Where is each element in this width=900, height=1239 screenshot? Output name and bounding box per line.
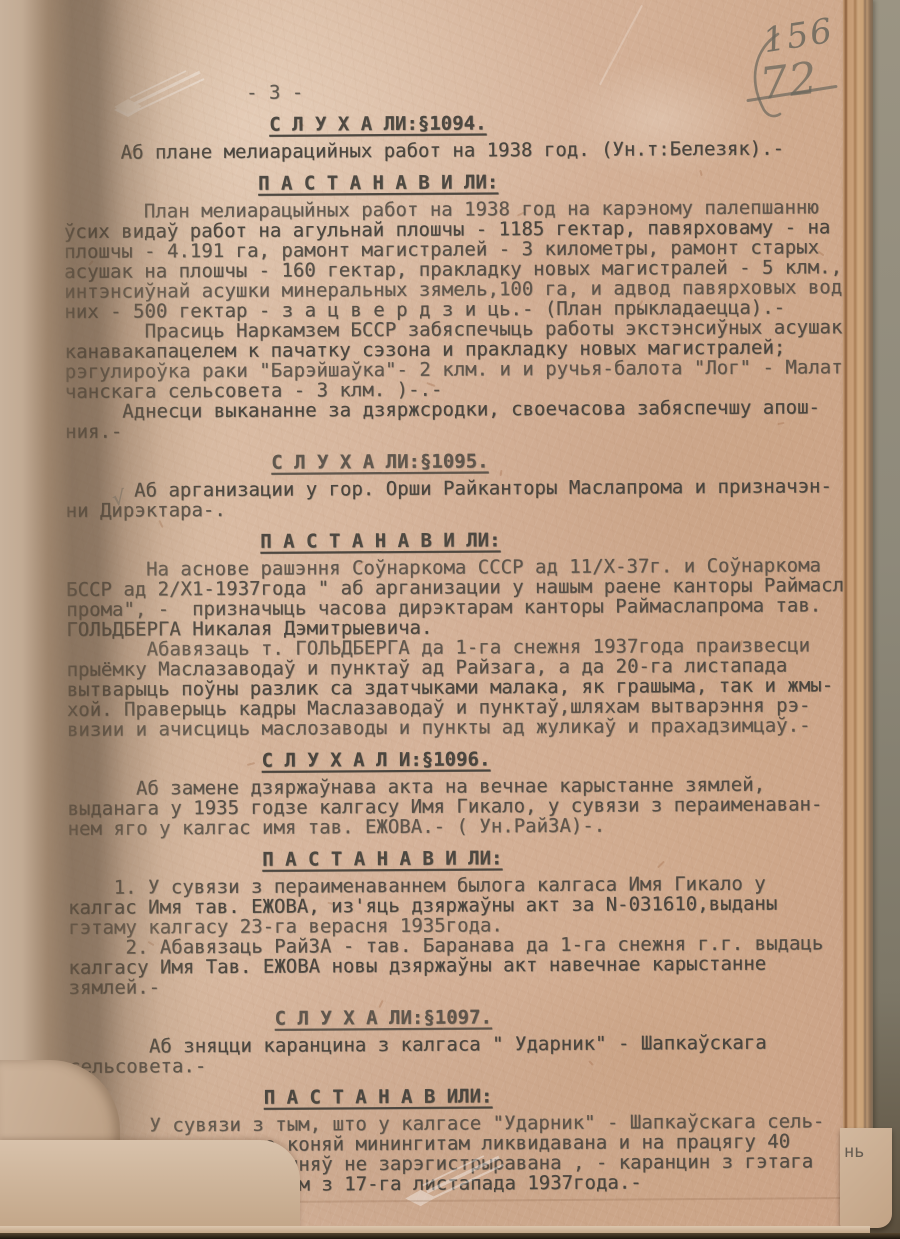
typed-line: - 3 - — [63, 79, 845, 104]
typed-line: визии и ачисциць маслозаводы и пункты ад… — [67, 715, 845, 740]
paper-crease — [0, 1197, 845, 1205]
document-page: - 3 - С Л У Х А ЛИ:§1094. Аб плане мелиа… — [0, 0, 845, 1230]
section-header: С Л У Х А Л И:§1096. — [67, 747, 845, 772]
section-header: П А С Т А Н А В И ЛИ: — [64, 170, 845, 195]
paper-crease — [599, 5, 643, 85]
pencil-flourish-stroke — [744, 28, 804, 123]
typed-text-block: - 3 - С Л У Х А ЛИ:§1094. Аб плане мелиа… — [63, 79, 845, 1196]
section-header: П А С Т А Н А В И ЛИ: — [68, 846, 845, 871]
section-header: П А С Т А Н А В ИЛИ: — [69, 1084, 845, 1109]
section-header: С Л У Х А ЛИ:§1094. — [63, 111, 845, 136]
underlying-page-fragment: нь — [840, 1128, 892, 1228]
scanned-archival-document: { "document": { "language": "Belarusian"… — [0, 0, 900, 1239]
table-shadow-band — [0, 1233, 900, 1239]
page-stack-edges — [843, 0, 873, 1226]
underlying-typed-fragment: нь — [844, 1142, 864, 1162]
section-header: С Л У Х А ЛИ:§1095. — [65, 449, 845, 474]
section-header: С Л У Х А ЛИ:§1097. — [69, 1005, 845, 1030]
typed-line: Аб плане мелиарацийных работ на 1938 год… — [63, 138, 845, 163]
typed-line: зямлей.- — [68, 973, 845, 998]
typed-line: ния.- — [65, 417, 845, 442]
typed-line: нем яго у калгас имя тав. ЕЖОВА.- ( Ун.Р… — [67, 814, 845, 839]
typed-line: сельсовета.- — [69, 1052, 845, 1077]
typed-line: калгаса личыць знятым з 17-га листапада … — [70, 1171, 845, 1196]
typed-line: ни Дирэктара-. — [66, 496, 845, 521]
section-header: П А С Т А Н А В И ЛИ: — [66, 528, 845, 553]
